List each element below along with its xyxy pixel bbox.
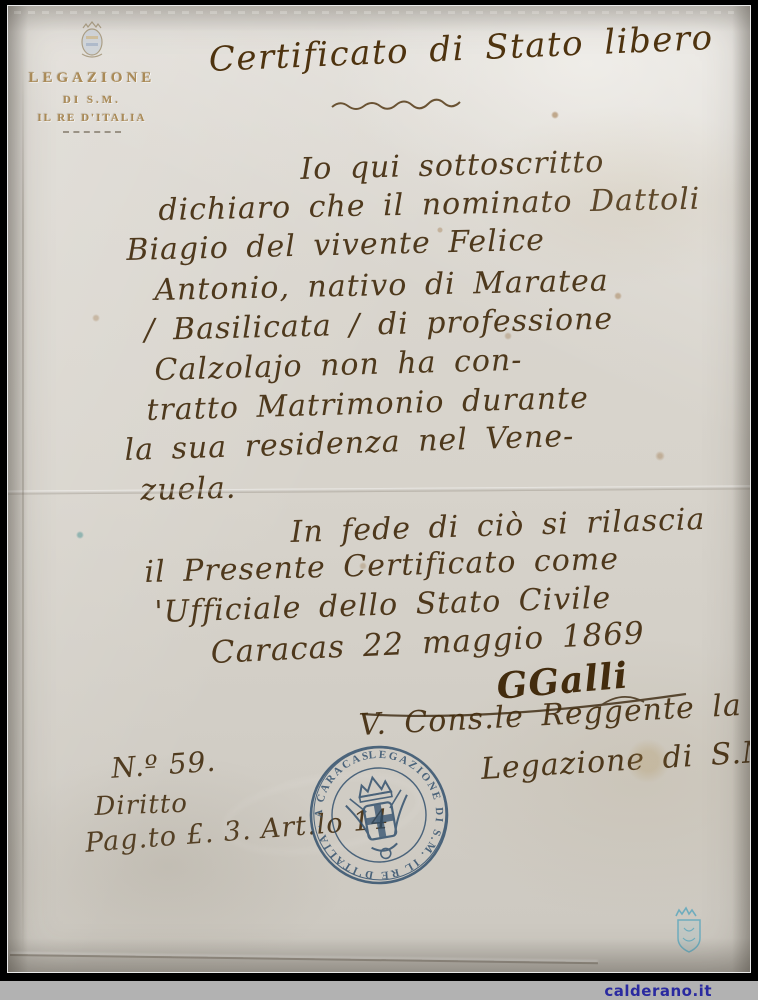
handwritten-line: Io qui sottoscritto: [300, 145, 605, 187]
handwritten-line: dichiaro che il nominato Dattoli: [158, 182, 701, 228]
watermark-text: calderano.it: [604, 982, 712, 1000]
handwritten-line: In fede di ciò si rilascia: [290, 502, 706, 550]
letterhead: LEGAZIONE DI S.M. IL RE D'ITALIA: [16, 20, 168, 133]
handwritten-line: Antonio, nativo di Maratea: [154, 263, 609, 308]
title-underline-squiggle: [330, 98, 490, 112]
royal-crest-icon: [69, 20, 115, 62]
paper-bottom-crease: [10, 954, 598, 964]
letterhead-line-1: LEGAZIONE: [16, 70, 168, 87]
registry-fee-label: Diritto: [94, 789, 188, 822]
letterhead-line-3: IL RE D'ITALIA: [16, 112, 168, 124]
caption-bar: calderano.it: [0, 981, 758, 1000]
letterhead-line-2: DI S.M.: [16, 94, 168, 106]
consular-seal-stamp-icon: LEGAZIONE DI S.M. IL RE D'ITALIA · A CAR…: [306, 742, 452, 888]
document-photo: LEGAZIONE DI S.M. IL RE D'ITALIA Certifi…: [8, 6, 750, 972]
handwritten-line: Calzolajo non ha con-: [154, 343, 523, 388]
handwritten-line: / Basilicata / di professione: [144, 302, 614, 348]
signer-title-line: Legazione di S.M.: [480, 733, 750, 786]
watermark-crest-icon: [670, 906, 708, 956]
paper-left-crease: [22, 66, 24, 956]
handwritten-line: Biagio del vivente Felice: [126, 223, 545, 268]
paper-fold-crease: [8, 485, 750, 494]
letterhead-divider: [63, 131, 121, 133]
registry-number: N.º 59.: [110, 745, 217, 785]
paper-top-edge: [14, 11, 734, 14]
page-title: Certificato di Stato libero: [208, 18, 714, 80]
